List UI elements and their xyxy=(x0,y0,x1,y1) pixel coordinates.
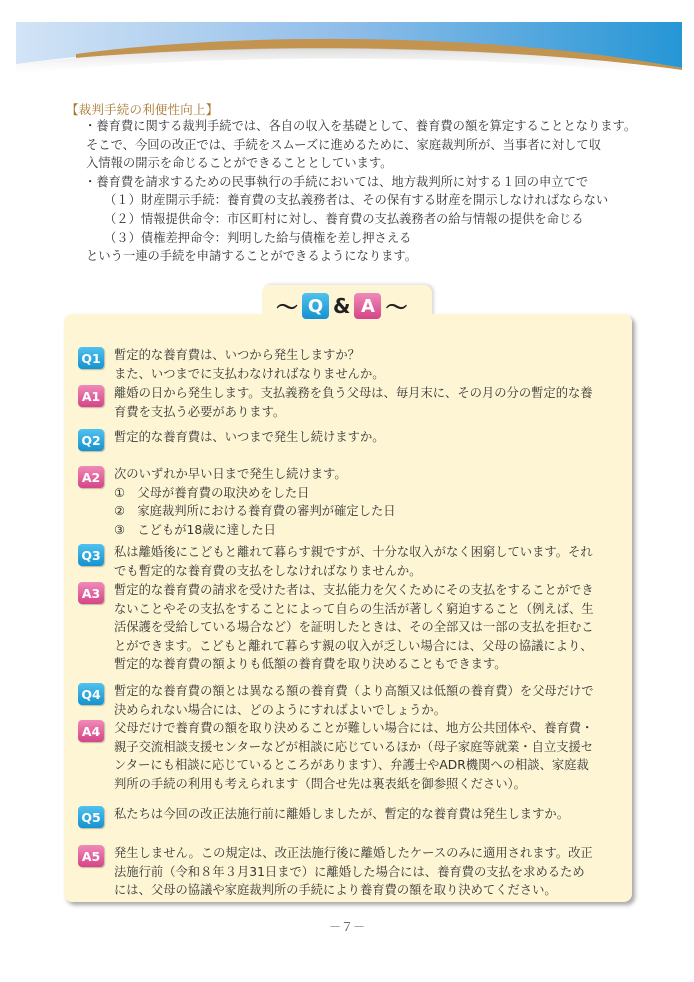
answer-badge-icon: A5 xyxy=(78,845,104,867)
text-line: 私は離婚後にこどもと離れて暮らす親ですが、十分な収入がなく困窮しています。それ xyxy=(114,543,644,562)
text-line: 発生しません。この規定は、改正法施行後に離婚したケースのみに適用されます。改正 xyxy=(114,844,644,863)
question-badge-icon: Q5 xyxy=(78,806,104,828)
ampersand: & xyxy=(333,294,350,318)
text-line: ① 父母が養育費の取決めをした日 xyxy=(114,484,644,503)
body-line: （１）財産開示手続：養育費の支払義務者は、その保有する財産を開示しなければならな… xyxy=(72,191,672,210)
body-line: そこで、今回の改正では、手続をスムーズに進めるために、家庭裁判所が、当事者に対し… xyxy=(72,136,672,155)
qa-title: ～ Q & A ～ xyxy=(276,291,407,321)
answer-item: A3暫定的な養育費の請求を受けた者は、支払能力を欠くためにその支払をすることがで… xyxy=(78,581,644,674)
question-item: Q1暫定的な養育費は、いつから発生しますか？また、いつまでに支払わなければなりま… xyxy=(78,346,644,383)
answer-text: 離婚の日から発生します。支払義務を負う父母は、毎月末に、その月の分の暫定的な養育… xyxy=(114,384,644,421)
text-line: 暫定的な養育費は、いつまで発生し続けますか。 xyxy=(114,428,644,447)
text-line: 判所の手続の利用も考えられます（問合せ先は裏表紙を御参照ください）。 xyxy=(114,775,644,794)
answer-item: A2次のいずれか早い日まで発生し続けます。① 父母が養育費の取決めをした日② 家… xyxy=(78,465,644,539)
text-line: 法施行前（令和８年３月31日まで）に離婚した場合には、養育費の支払を求めるため xyxy=(114,863,644,882)
question-badge-icon: Q2 xyxy=(78,429,104,451)
question-item: Q4暫定的な養育費の額とは異なる額の養育費（より高額又は低額の養育費）を父母だけ… xyxy=(78,682,644,719)
tilde-right: ～ xyxy=(385,291,407,322)
text-line: 育費を支払う必要があります。 xyxy=(114,403,644,422)
text-line: 暫定的な養育費の額よりも低額の養育費を取り決めることもできます。 xyxy=(114,655,644,674)
answer-item: A5発生しません。この規定は、改正法施行後に離婚したケースのみに適用されます。改… xyxy=(78,844,644,900)
text-line: ンターにも相談に応じているところがあります）、弁護士やADR機関への相談、家庭裁 xyxy=(114,756,644,775)
body-line: （２）情報提供命令：市区町村に対し、養育費の支払義務者の給与情報の提供を命じる xyxy=(72,210,672,229)
question-text: 暫定的な養育費の額とは異なる額の養育費（より高額又は低額の養育費）を父母だけで決… xyxy=(114,682,644,719)
question-text: 私は離婚後にこどもと離れて暮らす親ですが、十分な収入がなく困窮しています。それで… xyxy=(114,543,644,580)
question-text: 暫定的な養育費は、いつから発生しますか？また、いつまでに支払わなければなりません… xyxy=(114,346,644,383)
text-line: 暫定的な養育費の請求を受けた者は、支払能力を欠くためにその支払をすることができ xyxy=(114,581,644,600)
a-badge-icon: A xyxy=(354,293,381,319)
answer-text: 発生しません。この規定は、改正法施行後に離婚したケースのみに適用されます。改正法… xyxy=(114,844,644,900)
text-line: 暫定的な養育費の額とは異なる額の養育費（より高額又は低額の養育費）を父母だけで xyxy=(114,682,644,701)
body-line: ・養育費に関する裁判手続では、各自の収入を基礎として、養育費の額を算定することと… xyxy=(72,117,672,136)
text-line: ないことやその支払をすることによって自らの生活が著しく窮迫すること（例えば、生 xyxy=(114,600,644,619)
answer-badge-icon: A3 xyxy=(78,582,104,604)
text-line: 父母だけで養育費の額を取り決めることが難しい場合には、地方公共団体や、養育費・ xyxy=(114,719,644,738)
text-line: 次のいずれか早い日まで発生し続けます。 xyxy=(114,465,644,484)
text-line: 活保護を受給している場合など）を証明したときは、その全部又は一部の支払を拒むこ xyxy=(114,618,644,637)
text-line: また、いつまでに支払わなければなりませんか。 xyxy=(114,365,644,384)
page-number: －７－ xyxy=(0,918,694,935)
text-line: 親子交流相談支援センターなどが相談に応じているほか（母子家庭等就業・自立支援セ xyxy=(114,738,644,757)
question-text: 私たちは今回の改正法施行前に離婚しましたが、暫定的な養育費は発生しますか。 xyxy=(114,805,644,828)
body-line: ・養育費を請求するための民事執行の手続においては、地方裁判所に対する１回の申立て… xyxy=(72,173,672,192)
text-line: とができます。こどもと離れて暮らす親の収入が乏しい場合には、父母の協議により、 xyxy=(114,637,644,656)
answer-item: A4父母だけで養育費の額を取り決めることが難しい場合には、地方公共団体や、養育費… xyxy=(78,719,644,793)
answer-badge-icon: A1 xyxy=(78,385,104,407)
answer-text: 次のいずれか早い日まで発生し続けます。① 父母が養育費の取決めをした日② 家庭裁… xyxy=(114,465,644,539)
section-body: ・養育費に関する裁判手続では、各自の収入を基礎として、養育費の額を算定することと… xyxy=(72,117,672,266)
text-line: ② 家庭裁判所における養育費の審判が確定した日 xyxy=(114,502,644,521)
answer-text: 父母だけで養育費の額を取り決めることが難しい場合には、地方公共団体や、養育費・親… xyxy=(114,719,644,793)
q-badge-icon: Q xyxy=(302,293,329,319)
question-badge-icon: Q4 xyxy=(78,683,104,705)
question-item: Q2暫定的な養育費は、いつまで発生し続けますか。 xyxy=(78,428,644,451)
body-line: 入情報の開示を命じることができることとしています。 xyxy=(72,154,672,173)
question-text: 暫定的な養育費は、いつまで発生し続けますか。 xyxy=(114,428,644,451)
text-line: には、父母の協議や家庭裁判所の手続により養育費の額を取り決めてください。 xyxy=(114,881,644,900)
question-badge-icon: Q1 xyxy=(78,347,104,369)
answer-badge-icon: A2 xyxy=(78,466,104,488)
question-badge-icon: Q3 xyxy=(78,544,104,566)
section-title: 【裁判手続の利便性向上】 xyxy=(66,100,218,118)
answer-badge-icon: A4 xyxy=(78,720,104,742)
text-line: 暫定的な養育費は、いつから発生しますか？ xyxy=(114,346,644,365)
header-banner xyxy=(16,22,682,78)
body-line: （３）債権差押命令：判明した給与債権を差し押さえる xyxy=(72,229,672,248)
text-line: でも暫定的な養育費の支払をしなければなりませんか。 xyxy=(114,562,644,581)
text-line: ③ こどもが18歳に達した日 xyxy=(114,521,644,540)
answer-item: A1離婚の日から発生します。支払義務を負う父母は、毎月末に、その月の分の暫定的な… xyxy=(78,384,644,421)
answer-text: 暫定的な養育費の請求を受けた者は、支払能力を欠くためにその支払をすることができな… xyxy=(114,581,644,674)
text-line: 決められない場合には、どのようにすればよいでしょうか。 xyxy=(114,701,644,720)
question-item: Q3私は離婚後にこどもと離れて暮らす親ですが、十分な収入がなく困窮しています。そ… xyxy=(78,543,644,580)
tilde-left: ～ xyxy=(276,291,298,322)
body-line: という一連の手続を申請することができるようになります。 xyxy=(72,247,672,266)
text-line: 離婚の日から発生します。支払義務を負う父母は、毎月末に、その月の分の暫定的な養 xyxy=(114,384,644,403)
question-item: Q5私たちは今回の改正法施行前に離婚しましたが、暫定的な養育費は発生しますか。 xyxy=(78,805,644,828)
text-line: 私たちは今回の改正法施行前に離婚しましたが、暫定的な養育費は発生しますか。 xyxy=(114,805,644,824)
